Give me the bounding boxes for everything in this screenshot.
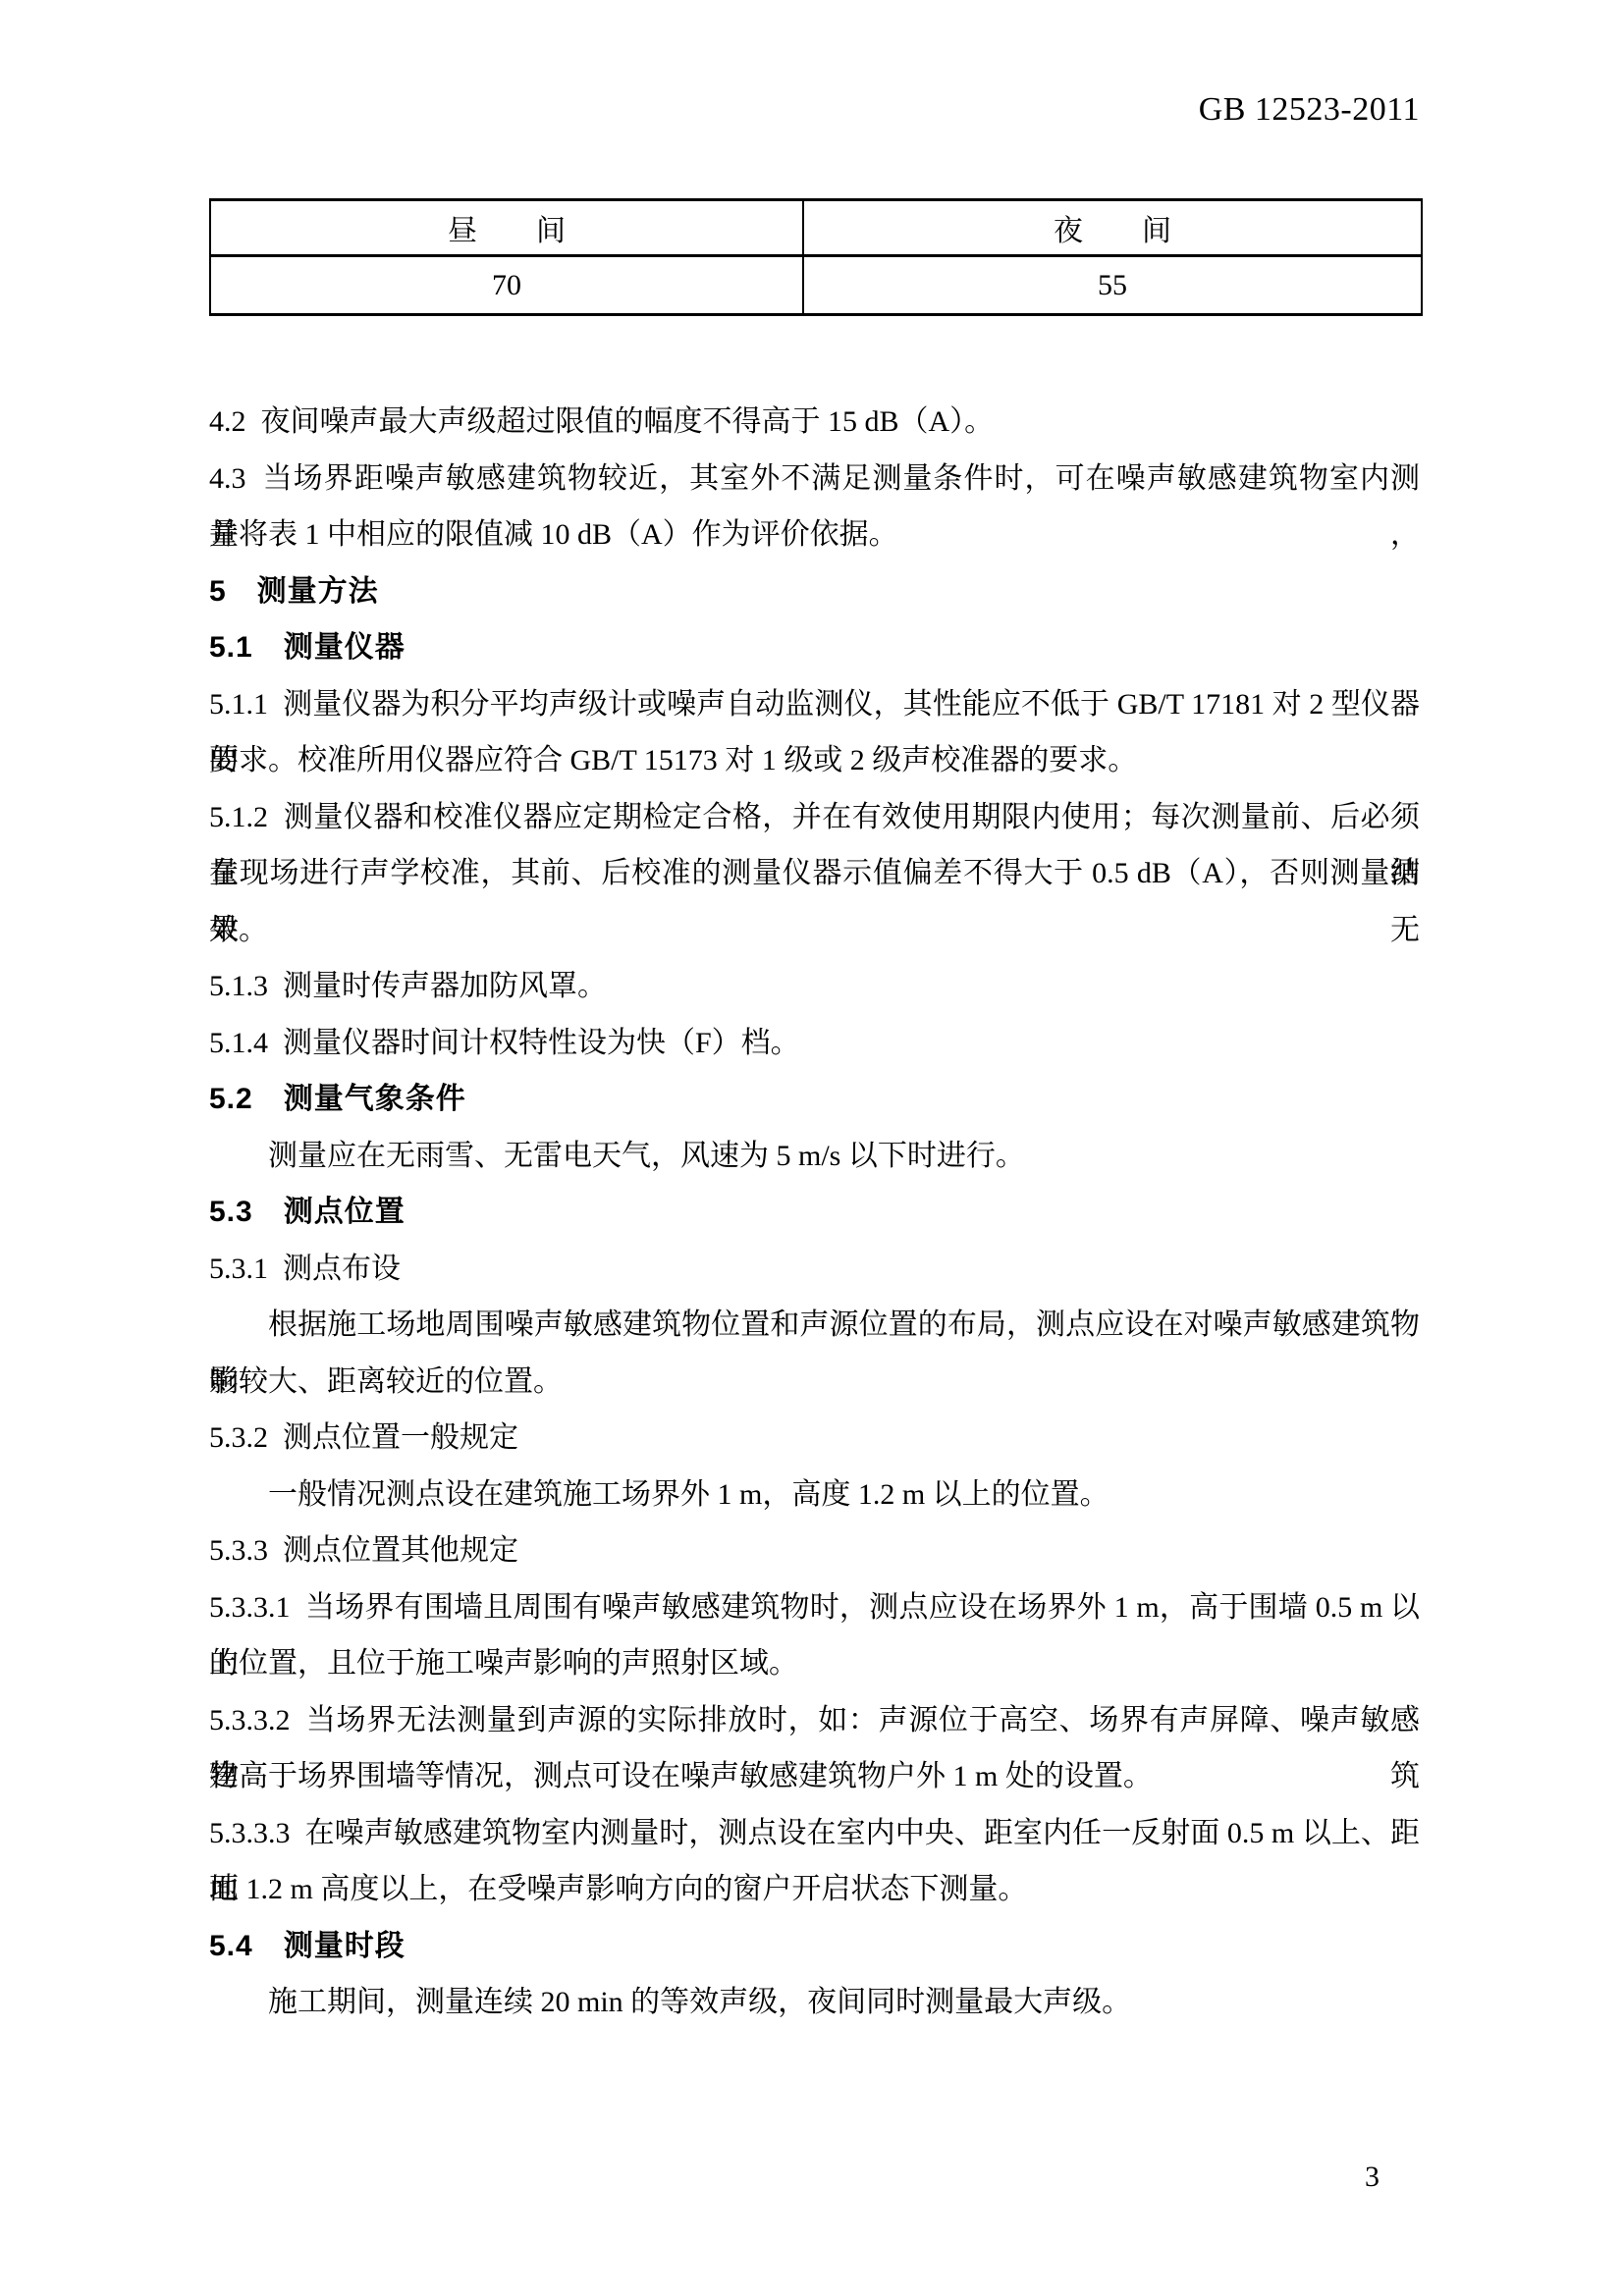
heading-5-3: 5.3 测点位置 <box>209 1184 1420 1241</box>
clause-5-1-1-l2: 要求。校准所用仪器应符合 GB/T 15173 对 1 级或 2 级声校准器的要… <box>209 732 1420 789</box>
clause-5-1-2-l2: 量现场进行声学校准，其前、后校准的测量仪器示值偏差不得大于 0.5 dB（A），… <box>209 845 1420 902</box>
table-value-daytime: 70 <box>211 257 804 313</box>
noise-limit-table: 昼 间 夜 间 70 55 <box>209 198 1423 316</box>
clause-5-1-1-l1: 5.1.1 测量仪器为积分平均声级计或噪声自动监测仪，其性能应不低于 GB/T … <box>209 676 1420 733</box>
heading-5-3-2: 5.3.2 测点位置一般规定 <box>209 1410 1420 1467</box>
standard-code: GB 12523-2011 <box>1199 90 1420 130</box>
heading-5-4: 5.4 测量时段 <box>209 1918 1420 1975</box>
clause-5-3-3-2-l1: 5.3.3.2 当场界无法测量到声源的实际排放时，如：声源位于高空、场界有声屏障… <box>209 1692 1420 1749</box>
table-value-nighttime: 55 <box>804 257 1421 313</box>
table-header-daytime: 昼 间 <box>211 201 804 257</box>
para-5-3-1-l2: 响较大、距离较近的位置。 <box>209 1354 1420 1411</box>
heading-5-3-1: 5.3.1 测点布设 <box>209 1241 1420 1298</box>
para-5-3-2: 一般情况测点设在建筑施工场界外 1 m，高度 1.2 m 以上的位置。 <box>209 1467 1420 1523</box>
heading-5-3-3: 5.3.3 测点位置其他规定 <box>209 1522 1420 1579</box>
clause-5-3-3-1-l2: 的位置，且位于施工噪声影响的声照射区域。 <box>209 1635 1420 1692</box>
clause-5-1-4: 5.1.4 测量仪器时间计权特性设为快（F）档。 <box>209 1015 1420 1072</box>
heading-5-2: 5.2 测量气象条件 <box>209 1071 1420 1128</box>
clause-5-1-3: 5.1.3 测量时传声器加防风罩。 <box>209 958 1420 1015</box>
clause-5-3-3-1-l1: 5.3.3.1 当场界有围墙且周围有噪声敏感建筑物时，测点应设在场界外 1 m，… <box>209 1579 1420 1636</box>
clause-5-3-3-3-l2: 面 1.2 m 高度以上，在受噪声影响方向的窗户开启状态下测量。 <box>209 1861 1420 1918</box>
clause-4-2: 4.2 夜间噪声最大声级超过限值的幅度不得高于 15 dB（A）。 <box>209 394 1420 451</box>
document-body: 4.2 夜间噪声最大声级超过限值的幅度不得高于 15 dB（A）。 4.3 当场… <box>209 394 1420 2031</box>
para-5-2: 测量应在无雨雪、无雷电天气，风速为 5 m/s 以下时进行。 <box>209 1128 1420 1185</box>
table-header-nighttime: 夜 间 <box>804 201 1421 257</box>
clause-5-1-2-l1: 5.1.2 测量仪器和校准仪器应定期检定合格，并在有效使用期限内使用；每次测量前… <box>209 789 1420 846</box>
clause-5-3-3-3-l1: 5.3.3.3 在噪声敏感建筑物室内测量时，测点设在室内中央、距室内任一反射面 … <box>209 1805 1420 1862</box>
clause-4-3-l1: 4.3 当场界距噪声敏感建筑物较近，其室外不满足测量条件时，可在噪声敏感建筑物室… <box>209 451 1420 507</box>
document-page: GB 12523-2011 昼 间 夜 间 70 55 4.2 夜间噪声最大声级… <box>0 0 1623 2296</box>
page-number: 3 <box>1365 2158 1380 2197</box>
heading-5: 5 测量方法 <box>209 563 1420 620</box>
para-5-3-1-l1: 根据施工场地周围噪声敏感建筑物位置和声源位置的布局，测点应设在对噪声敏感建筑物影 <box>209 1297 1420 1354</box>
heading-5-1: 5.1 测量仪器 <box>209 619 1420 676</box>
para-5-4: 施工期间，测量连续 20 min 的等效声级，夜间同时测量最大声级。 <box>209 1974 1420 2031</box>
